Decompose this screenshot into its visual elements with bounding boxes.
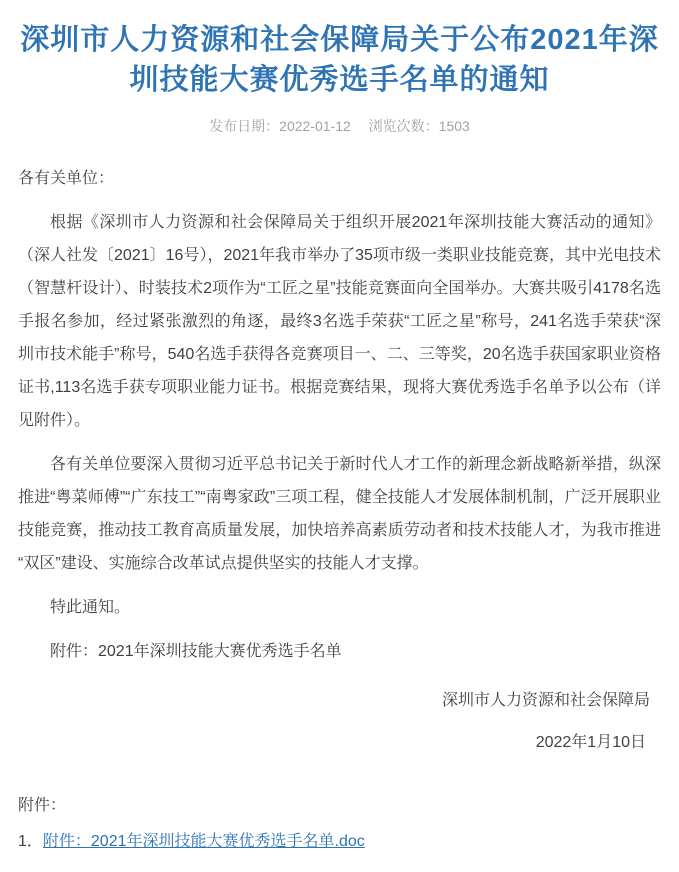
view-count: 浏览次数：1503 [369,118,470,134]
attachments-section: 附件： 1．附件：2021年深圳技能大赛优秀选手名单.doc [18,789,661,858]
paragraph-policy-call: 各有关单位要深入贯彻习近平总书记关于新时代人才工作的新理念新战略新举措，纵深推进… [18,448,661,580]
notice-page: 深圳市人力资源和社会保障局关于公布2021年深 圳技能大赛优秀选手名单的通知 发… [0,0,679,872]
page-title-line-1: 深圳市人力资源和社会保障局关于公布2021年深 [18,20,661,60]
salutation: 各有关单位： [18,162,661,195]
attachment-doc-link[interactable]: 附件：2021年深圳技能大赛优秀选手名单.doc [43,833,365,850]
publish-meta: 发布日期：2022-01-12 浏览次数：1503 [18,116,661,136]
paragraph-hereby-notice: 特此通知。 [18,591,661,624]
attachment-index: 1． [18,833,43,850]
paragraph-competition-results: 根据《深圳市人力资源和社会保障局关于组织开展2021年深圳技能大赛活动的通知》（… [18,206,661,437]
issue-date: 2022年1月10日 [18,726,661,759]
publish-date: 发布日期：2022-01-12 [209,118,351,134]
page-title: 深圳市人力资源和社会保障局关于公布2021年深 圳技能大赛优秀选手名单的通知 [18,20,661,100]
paragraph-annex-reference: 附件：2021年深圳技能大赛优秀选手名单 [18,635,661,668]
notice-body: 各有关单位： 根据《深圳市人力资源和社会保障局关于组织开展2021年深圳技能大赛… [18,162,661,759]
attachment-item: 1．附件：2021年深圳技能大赛优秀选手名单.doc [18,825,661,858]
issuing-authority: 深圳市人力资源和社会保障局 [18,684,661,717]
page-title-line-2: 圳技能大赛优秀选手名单的通知 [18,60,661,100]
attachments-label: 附件： [18,789,661,822]
